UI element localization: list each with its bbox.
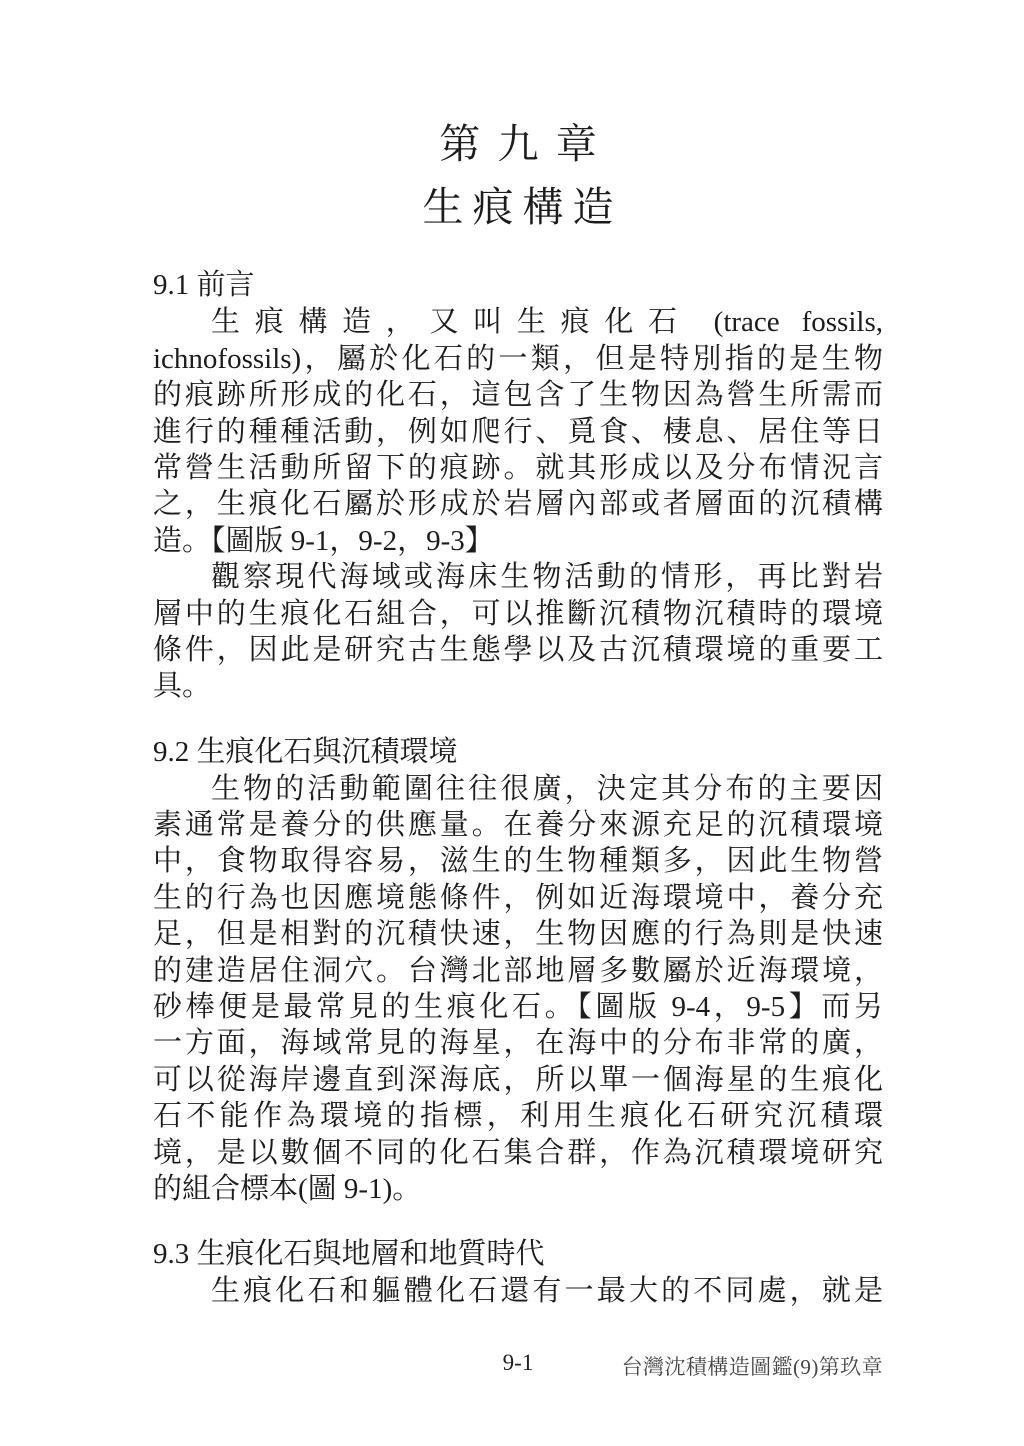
paragraph-line: 生的行為也因應境態條件，例如近海環境中，養分充 xyxy=(153,880,883,916)
section-heading-9-1: 9.1 前言 xyxy=(153,266,883,304)
paragraph: 生痕化石和軀體化石還有一最大的不同處，就是 xyxy=(153,1273,883,1309)
paragraph-line: 的組合標本(圖 9-1)。 xyxy=(153,1171,883,1207)
section-heading-9-2: 9.2 生痕化石與沉積環境 xyxy=(153,733,883,771)
paragraph-line: 素通常是養分的供應量。在養分來源充足的沉積環境 xyxy=(153,807,883,843)
paragraph-line: 一方面，海域常見的海星，在海中的分布非常的廣， xyxy=(153,1025,883,1061)
paragraph: 生物的活動範圍往往很廣，決定其分布的主要因 素通常是養分的供應量。在養分來源充足… xyxy=(153,771,883,1208)
footer-book-title: 台灣沈積構造圖鑑(9)第玖章 xyxy=(622,1351,883,1381)
paragraph-line: 造。【圖版 9-1，9-2，9-3】 xyxy=(153,523,883,559)
paragraph-line: 觀察現代海域或海床生物活動的情形，再比對岩 xyxy=(153,559,883,595)
paragraph-line: 可以從海岸邊直到深海底，所以單一個海星的生痕化 xyxy=(153,1062,883,1098)
paragraph-line: ichnofossils)，屬於化石的一類，但是特別指的是生物 xyxy=(153,341,883,377)
section-heading-9-3: 9.3 生痕化石與地層和地質時代 xyxy=(153,1235,883,1273)
paragraph-line: 石不能作為環境的指標，利用生痕化石研究沉積環 xyxy=(153,1098,883,1134)
chapter-subtitle: 生痕構造 xyxy=(153,183,883,232)
paragraph-line: 層中的生痕化石組合，可以推斷沉積物沉積時的環境 xyxy=(153,596,883,632)
paragraph-line: 生物的活動範圍往往很廣，決定其分布的主要因 xyxy=(153,771,883,807)
paragraph-line: 境，是以數個不同的化石集合群，作為沉積環境研究 xyxy=(153,1135,883,1171)
page-footer: 9-1 台灣沈積構造圖鑑(9)第玖章 xyxy=(153,1350,883,1380)
paragraph-line: 常營生活動所留下的痕跡。就其形成以及分布情況言 xyxy=(153,450,883,486)
paragraph-line: 的建造居住洞穴。台灣北部地層多數屬於近海環境， xyxy=(153,953,883,989)
page-content: 第九章 生痕構造 9.1 前言 生痕構造，又叫生痕化石 (trace fossi… xyxy=(153,0,883,1310)
paragraph-line: 生痕化石和軀體化石還有一最大的不同處，就是 xyxy=(153,1273,883,1309)
paragraph-line: 進行的種種活動，例如爬行、覓食、棲息、居住等日 xyxy=(153,414,883,450)
paragraph: 觀察現代海域或海床生物活動的情形，再比對岩 層中的生痕化石組合，可以推斷沉積物沉… xyxy=(153,559,883,705)
paragraph: 生痕構造，又叫生痕化石 (trace fossils, ichnofossils… xyxy=(153,304,883,559)
document-page: 第九章 生痕構造 9.1 前言 生痕構造，又叫生痕化石 (trace fossi… xyxy=(0,0,1024,1446)
paragraph-line: 具。 xyxy=(153,668,883,704)
paragraph-line: 砂棒便是最常見的生痕化石。【圖版 9-4，9-5】而另 xyxy=(153,989,883,1025)
paragraph-line: 中，食物取得容易，滋生的生物種類多，因此生物營 xyxy=(153,843,883,879)
paragraph-line: 足，但是相對的沉積快速，生物因應的行為則是快速 xyxy=(153,916,883,952)
chapter-title: 第九章 xyxy=(153,120,883,169)
paragraph-line: 生痕構造，又叫生痕化石 (trace fossils, xyxy=(153,304,883,340)
paragraph-line: 之，生痕化石屬於形成於岩層內部或者層面的沉積構 xyxy=(153,486,883,522)
paragraph-line: 條件，因此是研究古生態學以及古沉積環境的重要工 xyxy=(153,632,883,668)
paragraph-line: 的痕跡所形成的化石，這包含了生物因為營生所需而 xyxy=(153,377,883,413)
